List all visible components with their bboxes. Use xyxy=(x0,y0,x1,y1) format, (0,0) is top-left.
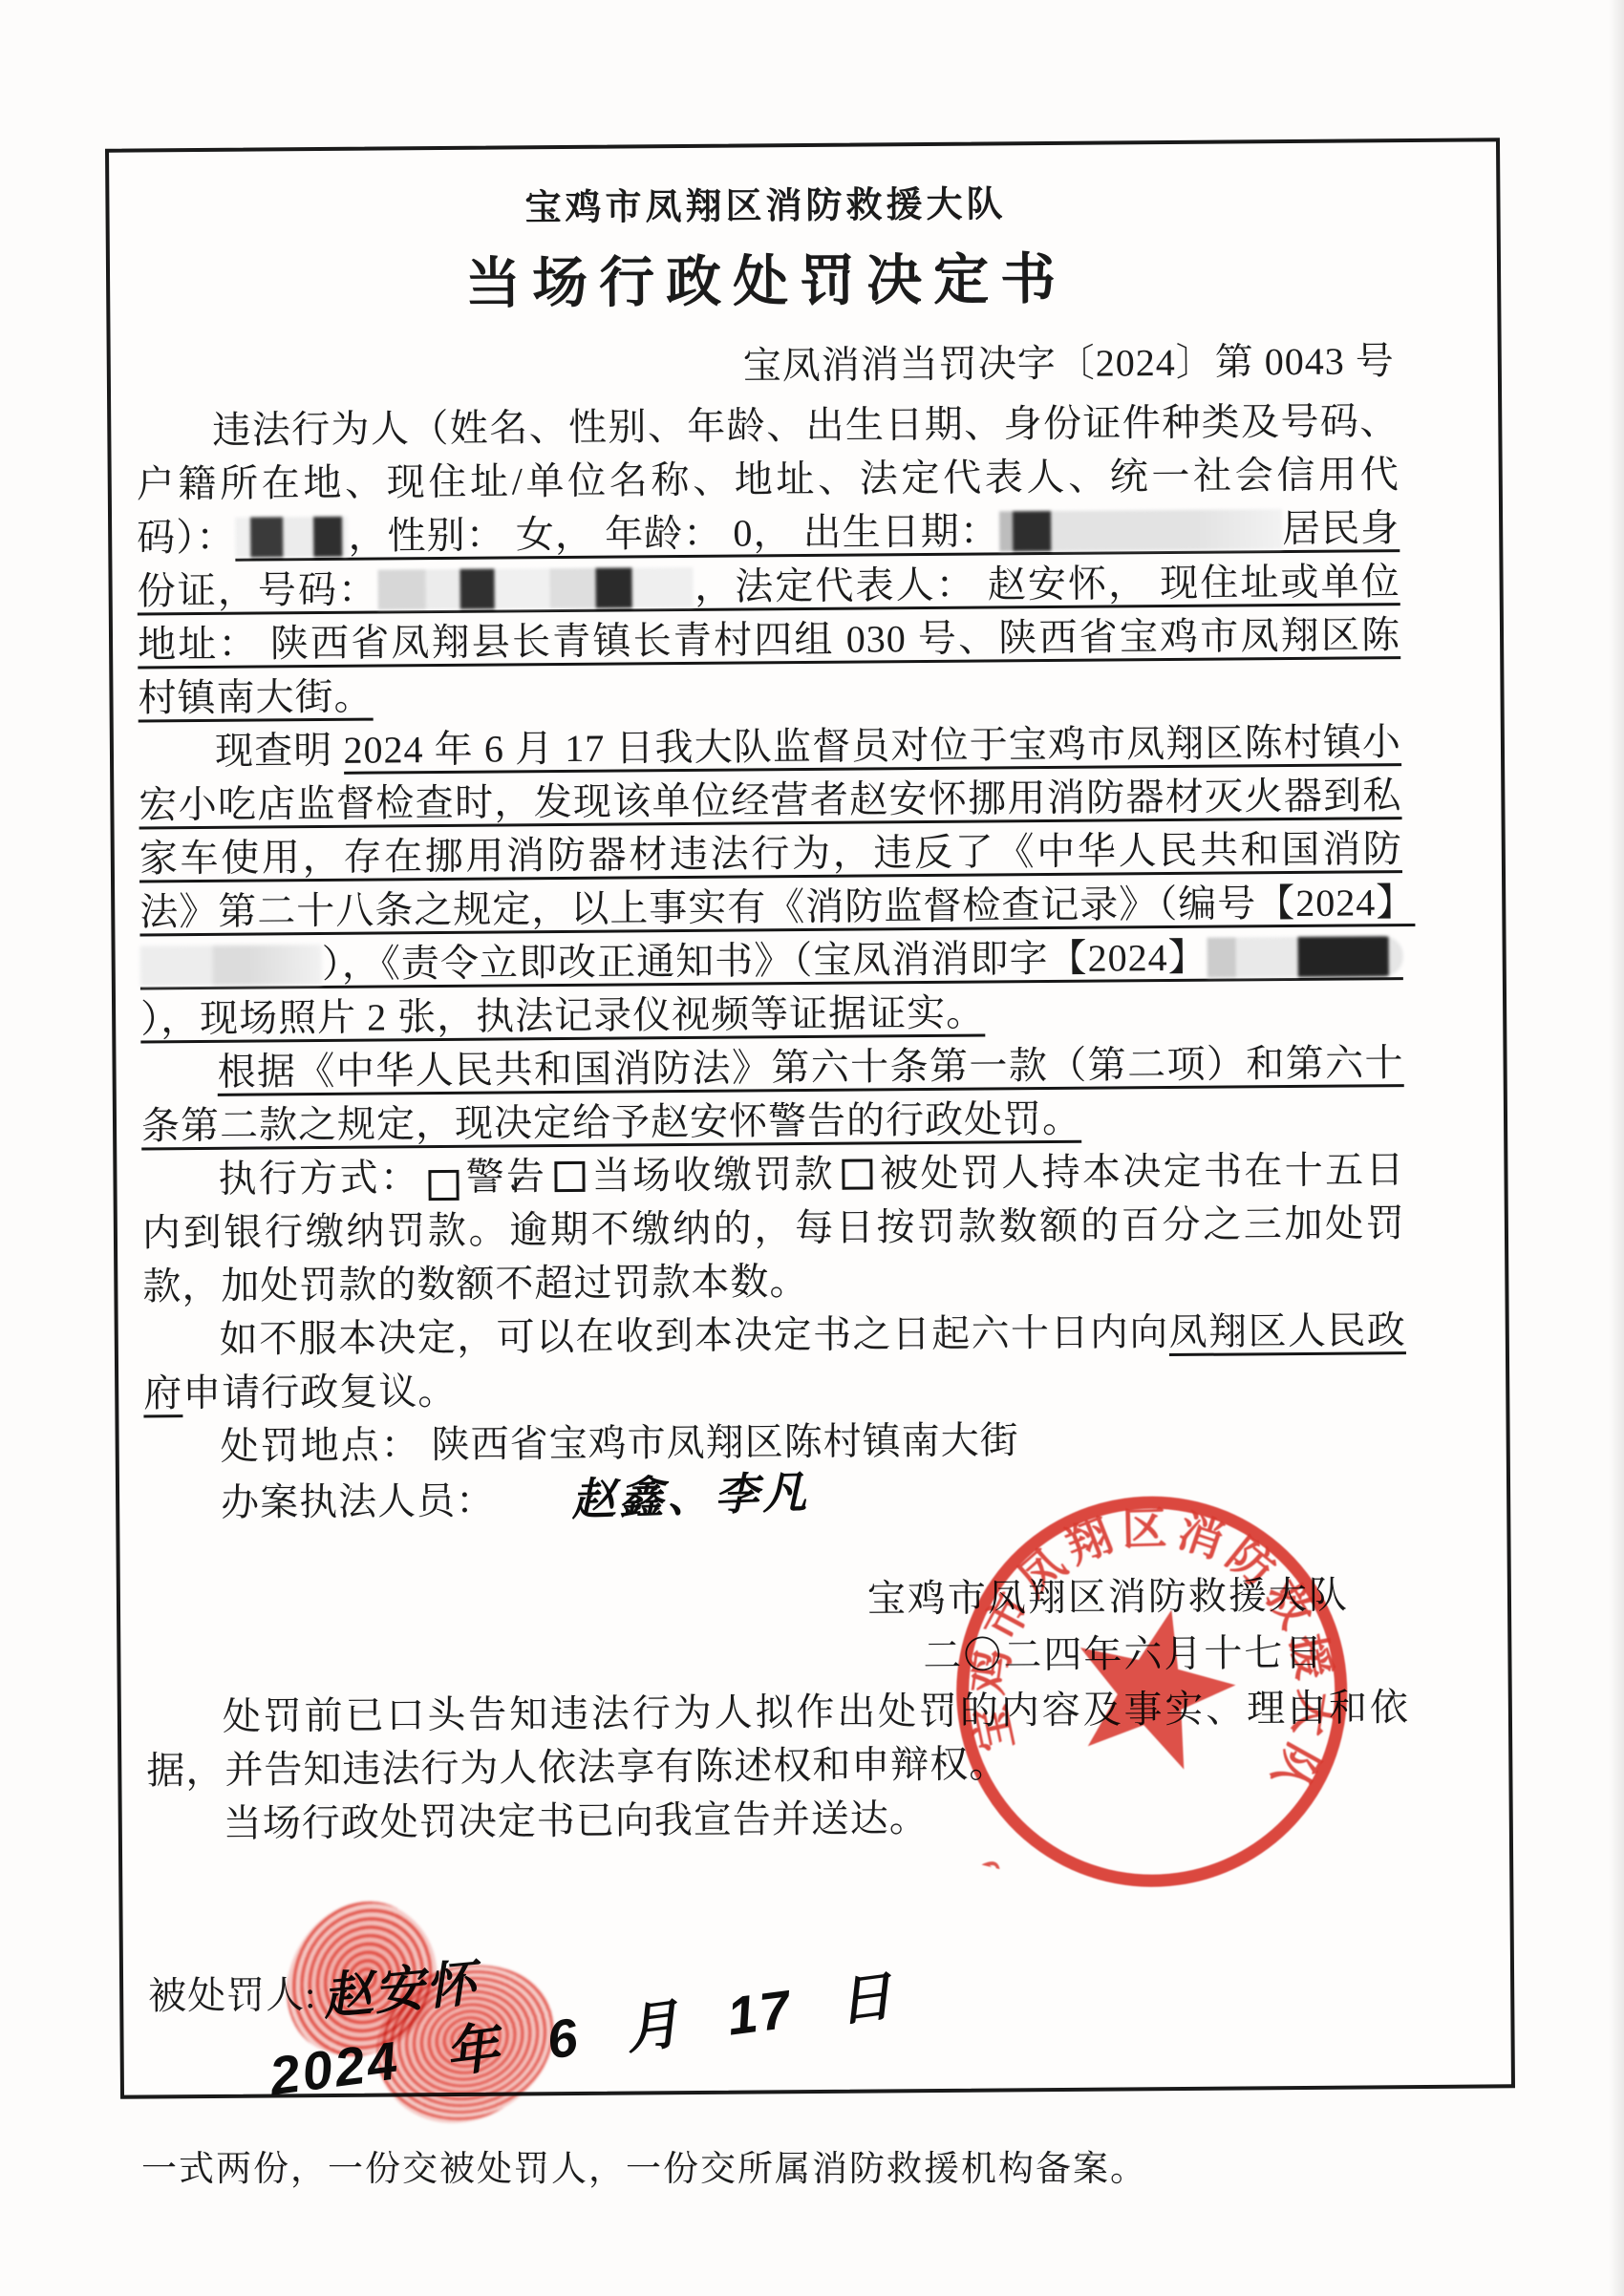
legal-basis-text: 根据《中华人民共和国消防法》第六十条第一款（第二项）和第六十条第二款之规定，现决… xyxy=(141,1041,1404,1150)
redaction-record-number xyxy=(140,945,322,986)
org-header: 宝鸡市凤翔区消防救援大队 xyxy=(134,179,1397,234)
penalty-location-label: 处罚地点： xyxy=(221,1423,421,1468)
penalty-location-value: 陕西省宝鸡市凤翔区陈村镇南大街 xyxy=(420,1418,1018,1466)
findings-tail: ），现场照片 2 张，执法记录仪视频等证据证实。 xyxy=(140,991,985,1041)
paragraph-findings: 现查明 2024 年 6 月 17 日我大队监督员对位于宝鸡市凤翔区陈村镇小宏小… xyxy=(139,715,1404,1046)
checkbox-warning-checked: ✓ xyxy=(428,1170,459,1201)
option-onsite-fine: 当场收缴罚款 xyxy=(590,1153,835,1198)
seal-star-icon xyxy=(1058,1591,1250,1776)
checkbox-bank-payment-empty xyxy=(843,1159,873,1189)
execution-label: 执行方式： xyxy=(218,1156,420,1201)
paragraph-appeal-rights: 如不服本决定，可以在收到本决定书之日起六十日内向凤翔区人民政府申请行政复议。 xyxy=(143,1304,1407,1420)
appeal-lead: 如不服本决定，可以在收到本决定书之日起六十日内向 xyxy=(220,1310,1169,1361)
document-title: 当场行政处罚决定书 xyxy=(135,244,1399,320)
paragraph-violator-info: 违法行为人（姓名、性别、年龄、出生日期、身份证件种类及号码、户籍所在地、现住址/… xyxy=(136,394,1401,725)
paragraph-legal-basis: 根据《中华人民共和国消防法》第六十条第一款（第二项）和第六十条第二款之规定，现决… xyxy=(140,1036,1404,1153)
redaction-name xyxy=(235,517,348,558)
officer-names-handwritten: 赵鑫、李凡 xyxy=(494,1465,811,1529)
footer-note: 一式两份，一份交被处罚人，一份交所属消防救援机构备案。 xyxy=(141,2139,1147,2191)
scanned-document-page: 宝鸡市凤翔区消防救援大队 当场行政处罚决定书 宝凤消消当罚决字〔2024〕第 0… xyxy=(0,0,1624,2296)
findings-lead: 现查明 xyxy=(215,729,344,773)
redaction-notice-number xyxy=(1207,936,1403,978)
redaction-birthdate xyxy=(999,509,1282,551)
appeal-tail: 申请行政复议。 xyxy=(182,1370,457,1414)
paragraph-penalty-location: 处罚地点： 陕西省宝鸡市凤翔区陈村镇南大街 xyxy=(143,1411,1406,1474)
option-warning: 警告 xyxy=(464,1155,546,1199)
document-number: 宝凤消消当罚决字〔2024〕第 0043 号 xyxy=(136,333,1399,398)
findings-mid: ），《责令立即改正通知书》（宝凤消消即字【2024】 xyxy=(322,936,1207,986)
penalty-decision-form: 宝鸡市凤翔区消防救援大队 当场行政处罚决定书 宝凤消消当罚决字〔2024〕第 0… xyxy=(105,138,1515,2098)
paragraph-execution-method: 执行方式：✓警告当场收缴罚款被处罚人持本决定书在十五日内到银行缴纳罚款。逾期不缴… xyxy=(141,1143,1405,1313)
redaction-id-number xyxy=(378,567,694,610)
checkbox-onsite-fine-empty xyxy=(554,1161,585,1192)
violator-gender-age-dob: ，性别： 女， 年龄： 0， 出生日期： xyxy=(348,509,999,557)
officers-label: 办案执法人员： xyxy=(221,1479,495,1524)
